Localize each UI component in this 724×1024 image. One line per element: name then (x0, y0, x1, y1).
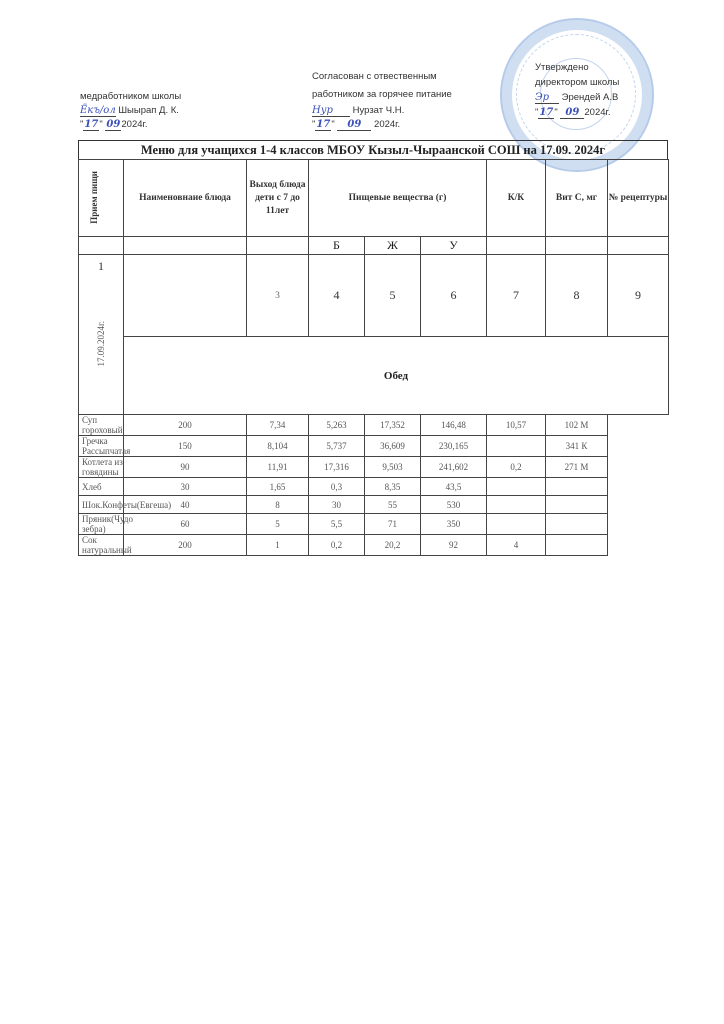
meal-cell: 1 17.09.2024г. (79, 255, 124, 415)
carbs: 71 (365, 514, 421, 535)
fat: 0,2 (309, 535, 365, 556)
kcal: 92 (421, 535, 487, 556)
protein: 8,104 (247, 436, 309, 457)
carbs: 55 (365, 496, 421, 514)
medical-day: 17 (83, 119, 99, 131)
director-approval-block: Утверждено директором школы Эр Эрендей А… (535, 60, 619, 120)
header-kcal: К/К (487, 160, 546, 237)
colnum-6: 6 (421, 255, 487, 337)
director-year: 2024г. (584, 107, 610, 118)
vitamin-c (487, 514, 546, 535)
director-date: "17" 092024г. (535, 105, 619, 120)
dish-name: Хлеб (79, 478, 124, 496)
colnum-5: 5 (365, 255, 421, 337)
colnum-3: 3 (247, 255, 309, 337)
kcal: 530 (421, 496, 487, 514)
medical-signature: Ёкъ/ол (80, 105, 116, 117)
colnum-7: 7 (487, 255, 546, 337)
recipe-number (546, 514, 608, 535)
menu-title: Меню для учащихся 1-4 классов МБОУ Кызыл… (78, 140, 668, 159)
section-label: Обед (124, 337, 669, 415)
medical-approval-block: медработником школы Ёкъ/ол Шыырап Д. К. … (80, 90, 181, 132)
yield: 200 (124, 415, 247, 436)
food-officer-month: 09 (337, 119, 371, 131)
meal-date: 17.09.2024г. (96, 321, 106, 366)
header-vitc: Вит С, мг (546, 160, 608, 237)
food-officer-signature-line: Нур Нурзат Ч.Н. (312, 104, 452, 117)
header-nutrients: Пищевые вещества (г) (309, 160, 487, 237)
carbs: 17,352 (365, 415, 421, 436)
table-row: Хлеб301,650,38,3543,5 (79, 478, 669, 496)
table-row: Пряник(Чудо зебра)6055,571350 (79, 514, 669, 535)
carbs: 9,503 (365, 457, 421, 478)
kcal: 241,602 (421, 457, 487, 478)
medical-role: медработником школы (80, 90, 181, 104)
fat: 0,3 (309, 478, 365, 496)
medical-year: 2024г. (121, 119, 147, 130)
menu-table: Прием пищи Наименовнаие блюда Выход блюд… (78, 159, 669, 556)
header-row: Прием пищи Наименовнаие блюда Выход блюд… (79, 160, 669, 237)
food-officer-year: 2024г. (374, 119, 400, 130)
protein: 5 (247, 514, 309, 535)
medical-date: "17" 092024г. (80, 118, 181, 132)
dish-name: Суп гороховый (79, 415, 124, 436)
director-line2: директором школы (535, 75, 619, 90)
fat: 5,737 (309, 436, 365, 457)
nutrient-letters-row: Б Ж У (79, 237, 669, 255)
header-meal: Прием пищи (79, 160, 124, 237)
dish-name: Котлета из говядины (79, 457, 124, 478)
director-name: Эрендей А.В (562, 92, 619, 103)
colnum-9: 9 (608, 255, 669, 337)
colnum-4: 4 (309, 255, 365, 337)
yield: 90 (124, 457, 247, 478)
table-row: Гречка Рассыпчатая1508,1045,73736,609230… (79, 436, 669, 457)
meal-number: 1 (79, 255, 123, 274)
vitamin-c: 0,2 (487, 457, 546, 478)
colnum-8: 8 (546, 255, 608, 337)
vitamin-c (487, 478, 546, 496)
food-officer-day: 17 (315, 119, 331, 131)
dish-name: Шок.Конфеты(Евгеша) (79, 496, 124, 514)
fat: 17,316 (309, 457, 365, 478)
recipe-number (546, 535, 608, 556)
menu-table-wrapper: Меню для учащихся 1-4 классов МБОУ Кызыл… (78, 140, 668, 556)
vitamin-c (487, 436, 546, 457)
fat: 5,5 (309, 514, 365, 535)
dish-name: Сок натуральный (79, 535, 124, 556)
medical-name: Шыырап Д. К. (118, 105, 179, 116)
protein: 1 (247, 535, 309, 556)
protein: 1,65 (247, 478, 309, 496)
food-officer-line1: Согласован с отвественным (312, 68, 452, 86)
food-officer-signature: Нур (312, 105, 350, 117)
table-row: Сок натуральный20010,220,2924 (79, 535, 669, 556)
vitamin-c: 10,57 (487, 415, 546, 436)
letter-carbs: У (421, 237, 487, 255)
director-signature-line: Эр Эрендей А.В (535, 90, 619, 105)
vitamin-c: 4 (487, 535, 546, 556)
yield: 200 (124, 535, 247, 556)
protein: 11,91 (247, 457, 309, 478)
recipe-number: 102 М (546, 415, 608, 436)
recipe-number: 271 М (546, 457, 608, 478)
recipe-number (546, 478, 608, 496)
director-day: 17 (538, 107, 554, 119)
protein: 7,34 (247, 415, 309, 436)
kcal: 350 (421, 514, 487, 535)
medical-signature-line: Ёкъ/ол Шыырап Д. К. (80, 104, 181, 118)
header-yield: Выход блюда дети с 7 до 11лет (247, 160, 309, 237)
kcal: 146,48 (421, 415, 487, 436)
recipe-number: 341 К (546, 436, 608, 457)
table-row: Котлета из говядины9011,9117,3169,503241… (79, 457, 669, 478)
carbs: 8,35 (365, 478, 421, 496)
director-signature: Эр (535, 92, 559, 104)
food-officer-name: Нурзат Ч.Н. (353, 105, 405, 116)
food-officer-approval-block: Согласован с отвественным работником за … (312, 68, 452, 132)
medical-month: 09 (105, 119, 121, 131)
recipe-number (546, 496, 608, 514)
header-dish: Наименовнаие блюда (124, 160, 247, 237)
dish-name: Пряник(Чудо зебра) (79, 514, 124, 535)
letter-protein: Б (309, 237, 365, 255)
dish-name: Гречка Рассыпчатая (79, 436, 124, 457)
vitamin-c (487, 496, 546, 514)
food-officer-line2: работником за горячее питание (312, 86, 452, 104)
director-month: 09 (560, 107, 584, 119)
kcal: 43,5 (421, 478, 487, 496)
yield: 60 (124, 514, 247, 535)
yield: 30 (124, 478, 247, 496)
kcal: 230,165 (421, 436, 487, 457)
letter-fat: Ж (365, 237, 421, 255)
fat: 30 (309, 496, 365, 514)
column-numbers-row: 1 17.09.2024г. 3 4 5 6 7 8 9 (79, 255, 669, 337)
section-row: Обед (79, 337, 669, 415)
protein: 8 (247, 496, 309, 514)
food-officer-date: "17" 09 2024г. (312, 117, 452, 132)
fat: 5,263 (309, 415, 365, 436)
table-row: Шок.Конфеты(Евгеша)4083055530 (79, 496, 669, 514)
carbs: 20,2 (365, 535, 421, 556)
yield: 150 (124, 436, 247, 457)
header-recipe: № рецептуры (608, 160, 669, 237)
director-line1: Утверждено (535, 60, 619, 75)
table-row: Суп гороховый2007,345,26317,352146,4810,… (79, 415, 669, 436)
carbs: 36,609 (365, 436, 421, 457)
